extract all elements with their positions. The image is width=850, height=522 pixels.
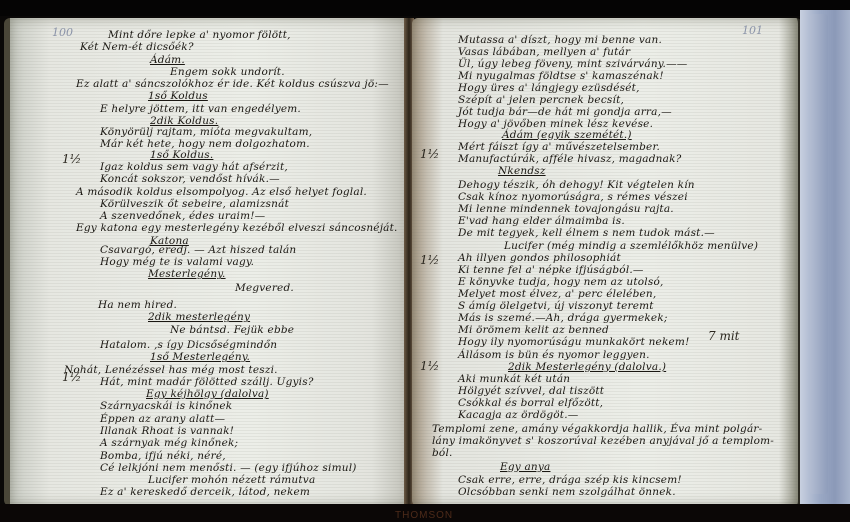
manuscript-line: Ez a' kereskedő derceik, látod, nekem xyxy=(100,486,310,498)
manuscript-line: Hölgyét szívvel, dal tiszött xyxy=(458,385,604,397)
manuscript-line: Cé lelkjóni nem menősti. — (egy ifjúhoz … xyxy=(100,462,357,474)
manuscript-line: Hatalom. ‚s így Dicsőségmindőn xyxy=(100,339,277,351)
manuscript-line: Állásom is bün és nyomor leggyen. xyxy=(458,349,650,361)
manuscript-line: Hogy még te is valami vagy. xyxy=(100,256,254,268)
screen-edge-inner xyxy=(810,14,828,494)
speaker-heading: Nkendsz xyxy=(498,165,546,177)
manuscript-line: Ne bántsd. Fejük ebbe xyxy=(170,324,294,336)
manuscript-line: De mit tegyek, kell élnem s nem tudok má… xyxy=(458,227,715,239)
manuscript-line: Mi örömem kelit az benned xyxy=(458,324,609,336)
manuscript-line: Engem sokk undorít. xyxy=(170,66,285,78)
manuscript-line: lány imakönyvet s' koszorúval kezében an… xyxy=(432,435,774,447)
manuscript-line: E helyre jöttem, itt van engedélyem. xyxy=(100,103,301,115)
screen-edge-panel xyxy=(800,10,850,504)
speaker-heading: 2dik mesterlegény xyxy=(148,311,250,323)
margin-annotation: 1½ xyxy=(420,253,439,267)
manuscript-line: Ha nem hired. xyxy=(98,299,177,311)
manuscript-line: Éppen az arany alatt— xyxy=(100,413,225,425)
speaker-heading: Mesterlegény. xyxy=(148,268,226,280)
manuscript-line: E'vad hang elder álmaimba is. xyxy=(458,215,625,227)
manuscript-line: Csavargó, eredj. — Azt hiszed talán xyxy=(100,244,296,256)
speaker-heading: 2dik Mesterlegény (dalolva.) xyxy=(508,361,666,373)
manuscript-line: Lucifer (még mindig a szemlélőkhöz menül… xyxy=(504,240,758,252)
manuscript-line: Csak erre, erre, drága szép kis kincsem! xyxy=(458,474,682,486)
left-page-number: 100 xyxy=(52,26,73,39)
manuscript-line: Könyörülj rajtam, mióta megvakultam, xyxy=(100,126,312,138)
manuscript-line: Egy katona egy mesterlegény kezéből elve… xyxy=(76,222,398,234)
manuscript-line: Csókkal és borral elfőzött, xyxy=(458,397,603,409)
manuscript-line: Koncát sokszor, vendőst hívák.— xyxy=(100,173,280,185)
photo-top-border xyxy=(0,0,850,16)
manuscript-line: Jót tudja bár—de hát mi gondja arra,— xyxy=(458,106,672,118)
right-page-number: 101 xyxy=(742,24,763,37)
speaker-heading: Egy anya xyxy=(500,461,550,473)
manuscript-line: E könyvke tudja, hogy nem az utolsó, xyxy=(458,276,664,288)
manuscript-line: Mi nyugalmas földtse s' kamaszénak! xyxy=(458,70,664,82)
manuscript-line: Szárnyacskái is kinőnek xyxy=(100,400,232,412)
manuscript-line: Más is szemé.—Ah, drága gyermekek; xyxy=(458,312,668,324)
left-page: 100 Mint dőre lepke a' nyomor fölött,Két… xyxy=(4,18,412,506)
manuscript-line: Olcsóbban senki nem szolgálhat önnek. xyxy=(458,486,676,498)
manuscript-line: Megvered. xyxy=(235,282,294,294)
manuscript-line: Hogy üres a' lángjegy ezüsdését, xyxy=(458,82,640,94)
manuscript-line: Aki munkát két után xyxy=(458,373,570,385)
right-page: 101 Mutassa a' díszt, hogy mi benne van.… xyxy=(412,18,802,506)
manuscript-book: 100 Mint dőre lepke a' nyomor fölött,Két… xyxy=(4,18,804,508)
speaker-heading: 1ső Mesterlegény. xyxy=(150,351,250,363)
manuscript-line: Dehogy tészik, óh dehogy! Kit végtelen k… xyxy=(458,179,695,191)
speaker-heading: 1ső Koldus xyxy=(148,90,208,102)
manuscript-line: Manufactúrák, afféle hivasz, magadnak? xyxy=(458,153,681,165)
margin-annotation: 1½ xyxy=(420,359,439,373)
manuscript-line: ból. xyxy=(432,447,453,459)
manuscript-line: Lucifer mohón nézett rámutva xyxy=(148,474,315,486)
manuscript-line: Bomba, ifjú néki, néré, xyxy=(100,450,226,462)
speaker-heading: 1ső Koldus. xyxy=(150,149,213,161)
bottom-brand-label: THOMSON xyxy=(395,510,453,521)
manuscript-line: Szépít a' jelen percnek becsít, xyxy=(458,94,624,106)
manuscript-line: A szárnyak még kinőnek; xyxy=(100,437,238,449)
speaker-heading: Ádám. xyxy=(150,54,185,66)
manuscript-line: Két Nem-ét dicsőék? xyxy=(80,41,194,53)
manuscript-line: Hogy ily nyomorúságu munkakört nekem! xyxy=(458,336,690,348)
manuscript-line: Hát, mint madár fölötted szállj. Ugyis? xyxy=(100,376,314,388)
margin-annotation: 7 mit xyxy=(708,329,740,343)
speaker-heading: Egy kéjhölgy (dalolva) xyxy=(146,388,269,400)
manuscript-line: Melyet most élvez, a' perc élelében, xyxy=(458,288,656,300)
manuscript-line: A második koldus elsompolyog. Az első he… xyxy=(76,186,367,198)
manuscript-line: Templomi zene, amány végakkordja hallik,… xyxy=(432,423,762,435)
manuscript-line: Körülveszik őt sebeire, alamizsnát xyxy=(100,198,289,210)
manuscript-line: A szenvedőnek, édes uraim!— xyxy=(100,210,265,222)
manuscript-line: Igaz koldus sem vagy hát afsérzit, xyxy=(100,161,288,173)
manuscript-line: Mi lenne mindennek tovajongásu rajta. xyxy=(458,203,674,215)
manuscript-line: Nohát, Lenézéssel has még most teszi. xyxy=(64,364,278,376)
manuscript-line: Csak kínoz nyomorúságra, s rémes vészei xyxy=(458,191,688,203)
manuscript-line: Mutassa a' díszt, hogy mi benne van. xyxy=(458,34,662,46)
manuscript-line: Kacagja az ördögöt.— xyxy=(458,409,578,421)
manuscript-line: Mért fáiszt így a' művészetelsember. xyxy=(458,141,660,153)
margin-annotation: 1½ xyxy=(420,147,439,161)
manuscript-line: Illanak Rhoat is vannak! xyxy=(100,425,234,437)
margin-annotation: 1½ xyxy=(62,370,81,384)
speaker-heading: Ádám (egyik szemétét.) xyxy=(502,129,632,141)
manuscript-line: Ah illyen gondos philosophiát xyxy=(458,252,621,264)
manuscript-line: Ki tenne fel a' népke ifjúságból.— xyxy=(458,264,644,276)
manuscript-line: Vasas lábában, mellyen a' futár xyxy=(458,46,630,58)
manuscript-line: S ámíg ölelgetvi, új viszonyt teremt xyxy=(458,300,654,312)
manuscript-line: Ez alatt a' sáncszolókhoz ér ide. Két ko… xyxy=(76,78,389,90)
manuscript-line: Ül, úgy lebeg föveny, mint szivárvány.—— xyxy=(458,58,687,70)
manuscript-line: Mint dőre lepke a' nyomor fölött, xyxy=(108,29,291,41)
margin-annotation: 1½ xyxy=(62,152,81,166)
